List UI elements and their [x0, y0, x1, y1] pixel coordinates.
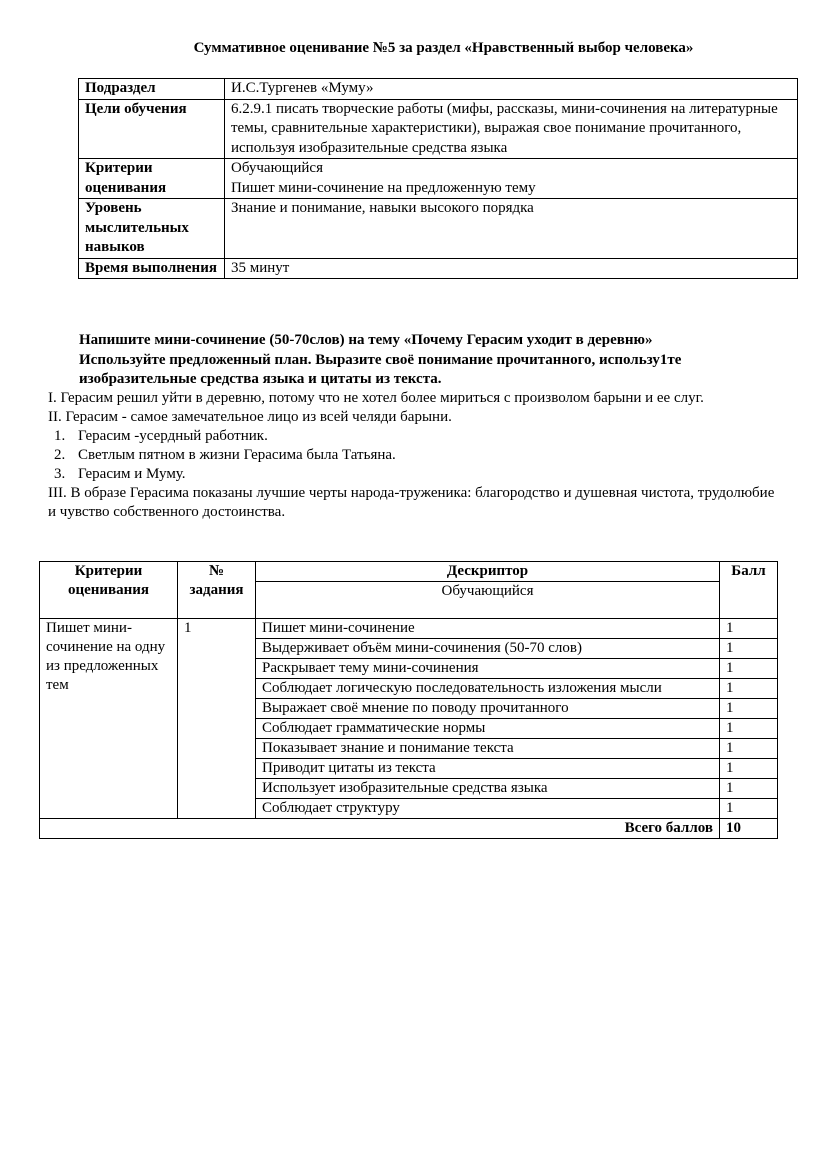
criterion-cell: Пишет мини-сочинение на одну из предложе…	[40, 619, 178, 819]
task-number-cell: 1	[178, 619, 256, 819]
list-number: 1.	[48, 427, 78, 446]
list-number: 3.	[48, 465, 78, 484]
descriptor-cell: Соблюдает структуру	[256, 799, 720, 819]
score-cell: 1	[720, 639, 778, 659]
essay-plan: I. Герасим решил уйти в деревню, потому …	[48, 389, 778, 522]
score-cell: 1	[720, 799, 778, 819]
task-line: Напишите мини-сочинение (50-70слов) на т…	[79, 331, 779, 351]
info-label: Подраздел	[79, 79, 225, 100]
info-value-line: Обучающийся	[231, 159, 791, 179]
header-descriptor-sub: Обучающийся	[256, 582, 720, 619]
plan-part-2: II. Герасим - самое замечательное лицо и…	[48, 408, 778, 427]
info-row-goals: Цели обучения 6.2.9.1 писать творческие …	[79, 99, 798, 159]
info-row-criteria: Критерии оценивания Обучающийся Пишет ми…	[79, 159, 798, 199]
info-row-subsection: Подраздел И.С.Тургенев «Муму»	[79, 79, 798, 100]
list-text: Герасим и Муму.	[78, 466, 186, 482]
task-line: Используйте предложенный план. Выразите …	[79, 351, 779, 371]
score-cell: 1	[720, 759, 778, 779]
score-cell: 1	[720, 619, 778, 639]
header-criteria: Критерии оценивания	[40, 562, 178, 619]
score-cell: 1	[720, 699, 778, 719]
rubric-table: Критерии оценивания № задания Дескриптор…	[39, 561, 778, 839]
descriptor-cell: Раскрывает тему мини-сочинения	[256, 659, 720, 679]
document-title: Суммативное оценивание №5 за раздел «Нра…	[0, 40, 827, 57]
descriptor-cell: Соблюдает логическую последовательность …	[256, 679, 720, 699]
info-value: Обучающийся Пишет мини-сочинение на пред…	[225, 159, 798, 199]
rubric-header-row: Критерии оценивания № задания Дескриптор…	[40, 562, 778, 582]
descriptor-cell: Пишет мини-сочинение	[256, 619, 720, 639]
header-descriptor: Дескриптор	[256, 562, 720, 582]
list-text: Герасим -усердный работник.	[78, 428, 268, 444]
plan-part-3: III. В образе Герасима показаны лучшие ч…	[48, 484, 778, 522]
descriptor-cell: Использует изобразительные средства язык…	[256, 779, 720, 799]
score-cell: 1	[720, 659, 778, 679]
info-value: 35 минут	[225, 258, 798, 279]
info-row-skill-level: Уровень мыслительных навыков Знание и по…	[79, 199, 798, 259]
descriptor-cell: Показывает знание и понимание текста	[256, 739, 720, 759]
plan-subitem: 1.Герасим -усердный работник.	[48, 427, 778, 446]
total-label: Всего баллов	[40, 819, 720, 839]
total-row: Всего баллов 10	[40, 819, 778, 839]
info-label: Время выполнения	[79, 258, 225, 279]
score-cell: 1	[720, 779, 778, 799]
info-table: Подраздел И.С.Тургенев «Муму» Цели обуче…	[78, 78, 798, 279]
descriptor-cell: Выражает своё мнение по поводу прочитанн…	[256, 699, 720, 719]
header-task-number: № задания	[178, 562, 256, 619]
info-value-line: Пишет мини-сочинение на предложенную тем…	[231, 179, 791, 199]
list-number: 2.	[48, 446, 78, 465]
info-label: Уровень мыслительных навыков	[79, 199, 225, 259]
plan-subitem: 2.Светлым пятном в жизни Герасима была Т…	[48, 446, 778, 465]
header-score: Балл	[720, 562, 778, 619]
score-cell: 1	[720, 679, 778, 699]
info-row-time: Время выполнения 35 минут	[79, 258, 798, 279]
total-value: 10	[720, 819, 778, 839]
info-value: Знание и понимание, навыки высокого поря…	[225, 199, 798, 259]
score-cell: 1	[720, 739, 778, 759]
task-line: изобразительные средства языка и цитаты …	[79, 370, 779, 390]
plan-part-1: I. Герасим решил уйти в деревню, потому …	[48, 389, 778, 408]
list-text: Светлым пятном в жизни Герасима была Тат…	[78, 447, 396, 463]
info-label: Цели обучения	[79, 99, 225, 159]
descriptor-cell: Приводит цитаты из текста	[256, 759, 720, 779]
table-row: Пишет мини-сочинение на одну из предложе…	[40, 619, 778, 639]
info-value: И.С.Тургенев «Муму»	[225, 79, 798, 100]
descriptor-cell: Соблюдает грамматические нормы	[256, 719, 720, 739]
info-label: Критерии оценивания	[79, 159, 225, 199]
task-instructions: Напишите мини-сочинение (50-70слов) на т…	[79, 331, 779, 390]
plan-subitem: 3.Герасим и Муму.	[48, 465, 778, 484]
info-value: 6.2.9.1 писать творческие работы (мифы, …	[225, 99, 798, 159]
score-cell: 1	[720, 719, 778, 739]
descriptor-cell: Выдерживает объём мини-сочинения (50-70 …	[256, 639, 720, 659]
